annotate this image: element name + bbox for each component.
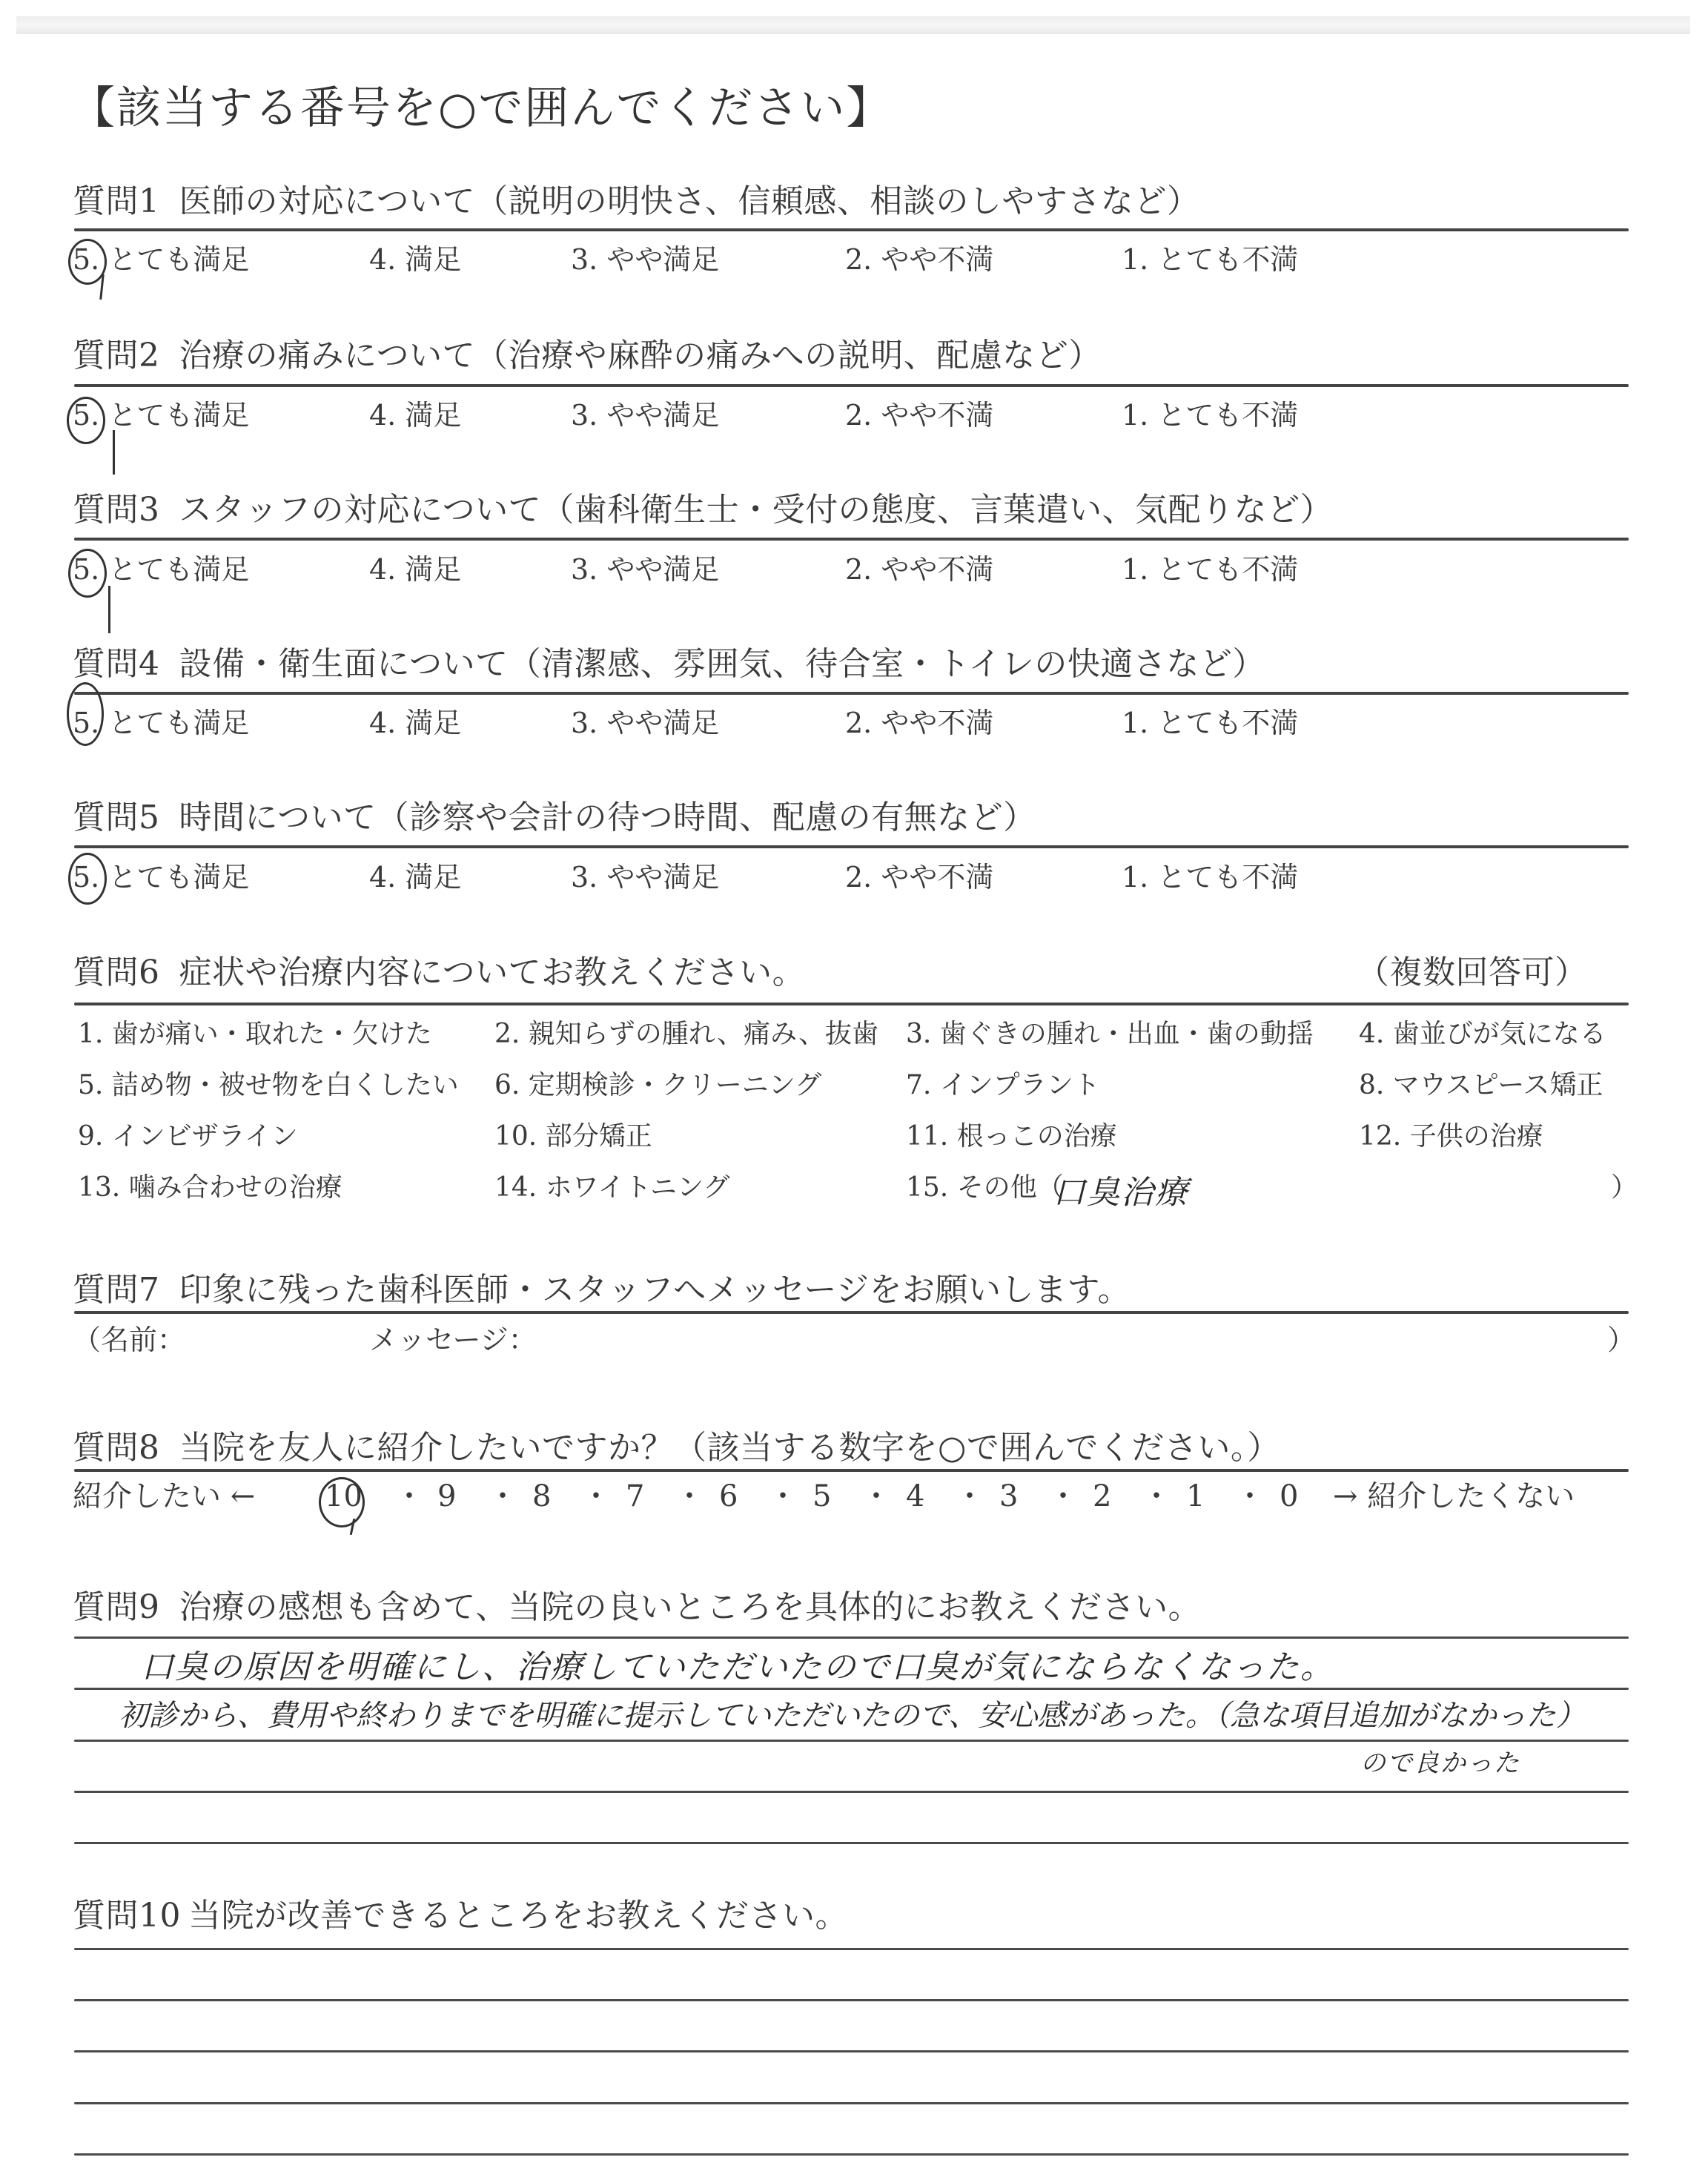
q9-line-3 xyxy=(74,1740,1629,1742)
q7-name-label: （名前： xyxy=(73,1321,185,1358)
question-2-text: 治療の痛みについて（治療や麻酔の痛みへの説明、配慮など） xyxy=(179,337,1102,374)
q1-option-5[interactable]: 5. とても満足 xyxy=(73,241,249,278)
q2-option-2[interactable]: 2. やや不満 xyxy=(845,397,993,434)
q2-circle-tail xyxy=(113,430,115,475)
question-10-title: 質問10当院が改善できるところをお教えください。 xyxy=(73,1895,848,1937)
question-2-title: 質問2治療の痛みについて（治療や麻酔の痛みへの説明、配慮など） xyxy=(73,335,1102,377)
q3-option-4[interactable]: 4. 満足 xyxy=(369,551,461,588)
q7-name-input[interactable] xyxy=(221,1321,369,1358)
question-6-title: 質問6症状や治療内容についてお教えください。 xyxy=(73,952,805,994)
q8-score-8[interactable]: 8 xyxy=(532,1477,551,1516)
q9-answer-line-3[interactable]: ので良かった xyxy=(1360,1743,1520,1779)
q8-score-1[interactable]: 1 xyxy=(1186,1477,1205,1516)
q8-separator: ・ xyxy=(581,1477,611,1516)
q8-score-3[interactable]: 3 xyxy=(999,1477,1018,1516)
q4-option-3[interactable]: 3. やや満足 xyxy=(571,704,719,742)
q6-option-15[interactable]: 15. その他（ xyxy=(906,1171,1064,1205)
question-7-text: 印象に残った歯科医師・スタッフへメッセージをお願いします。 xyxy=(179,1271,1131,1309)
q2-option-4[interactable]: 4. 満足 xyxy=(369,397,461,434)
question-4-rule xyxy=(74,692,1629,695)
question-8-text: 当院を友人に紹介したいですか？（該当する数字を○で囲んでください。） xyxy=(179,1429,1280,1467)
q9-line-2 xyxy=(74,1688,1629,1690)
question-4-text: 設備・衛生面について（清潔感、雰囲気、待合室・トイレの快適さなど） xyxy=(179,645,1265,683)
q2-option-5[interactable]: 5. とても満足 xyxy=(73,397,249,434)
question-5-rule xyxy=(74,845,1629,848)
q8-score-0[interactable]: 0 xyxy=(1280,1477,1298,1516)
q6-option-3[interactable]: 3. 歯ぐきの腫れ・出血・歯の動揺 xyxy=(906,1017,1314,1051)
question-3-rule xyxy=(74,538,1629,541)
q10-line-5 xyxy=(74,2153,1629,2156)
q8-separator: ・ xyxy=(394,1477,424,1516)
question-8-title: 質問8当院を友人に紹介したいですか？（該当する数字を○で囲んでください。） xyxy=(73,1427,1280,1469)
q9-answer-line-2[interactable]: 初診から、費用や終わりまでを明確に提示していただいたので、安心感があった。（急な… xyxy=(119,1692,1586,1734)
q1-circle-tail xyxy=(99,274,105,300)
q8-score-4[interactable]: 4 xyxy=(906,1477,924,1516)
q6-option-13[interactable]: 13. 噛み合わせの治療 xyxy=(78,1171,342,1205)
q5-option-2[interactable]: 2. やや不満 xyxy=(845,859,993,896)
q6-other-input[interactable]: 口臭治療 xyxy=(1053,1166,1189,1213)
q7-message-input[interactable] xyxy=(562,1321,1600,1358)
q6-option-11[interactable]: 11. 根っこの治療 xyxy=(906,1120,1117,1154)
q3-circle-tail xyxy=(108,586,110,633)
question-5-text: 時間について（診察や会計の待つ時間、配慮の有無など） xyxy=(179,799,1036,836)
q6-option-5[interactable]: 5. 詰め物・被せ物を白くしたい xyxy=(78,1069,459,1103)
question-9-number: 質問9 xyxy=(73,1588,160,1626)
q8-separator: ・ xyxy=(861,1477,891,1516)
question-1-title: 質問1医師の対応について（説明の明快さ、信頼感、相談のしやすさなど） xyxy=(73,181,1199,222)
q8-score-9[interactable]: 9 xyxy=(437,1477,456,1516)
question-8-number: 質問8 xyxy=(73,1429,160,1467)
q10-line-1 xyxy=(74,1948,1629,1950)
q1-option-3[interactable]: 3. やや満足 xyxy=(571,241,719,278)
question-4-number: 質問4 xyxy=(73,645,160,683)
q10-line-2 xyxy=(74,1999,1629,2001)
q8-score-2[interactable]: 2 xyxy=(1093,1477,1111,1516)
q8-score-10[interactable]: 10 xyxy=(325,1477,363,1516)
q8-separator: ・ xyxy=(675,1477,704,1516)
question-10-number: 質問10 xyxy=(73,1897,181,1935)
q6-option-14[interactable]: 14. ホワイトニング xyxy=(494,1171,729,1205)
q3-option-1[interactable]: 1. とても不満 xyxy=(1122,551,1298,588)
question-5-number: 質問5 xyxy=(73,799,160,836)
q9-line-4 xyxy=(74,1791,1629,1793)
question-1-rule xyxy=(74,228,1629,231)
question-9-text: 治療の感想も含めて、当院の良いところを具体的にお教えください。 xyxy=(179,1588,1202,1626)
question-4-title: 質問4設備・衛生面について（清潔感、雰囲気、待合室・トイレの快適さなど） xyxy=(73,644,1265,685)
q8-separator: ・ xyxy=(955,1477,984,1516)
question-3-title: 質問3スタッフの対応について（歯科衛生士・受付の態度、言葉遣い、気配りなど） xyxy=(73,489,1333,531)
q7-close-paren: ） xyxy=(1607,1321,1635,1358)
question-7-rule xyxy=(74,1311,1629,1314)
q1-option-4[interactable]: 4. 満足 xyxy=(369,241,461,278)
q8-score-5[interactable]: 5 xyxy=(812,1477,831,1516)
page-heading: 【該当する番号を○で囲んでください】 xyxy=(70,82,892,135)
q6-option-12[interactable]: 12. 子供の治療 xyxy=(1359,1120,1543,1154)
q6-option-8[interactable]: 8. マウスピース矯正 xyxy=(1359,1069,1603,1103)
q9-line-5 xyxy=(74,1842,1629,1844)
q10-line-3 xyxy=(74,2050,1629,2052)
q5-option-4[interactable]: 4. 満足 xyxy=(369,859,461,896)
q6-option-6[interactable]: 6. 定期検診・クリーニング xyxy=(494,1069,821,1103)
q8-separator: ・ xyxy=(1235,1477,1265,1516)
q6-option-1[interactable]: 1. 歯が痛い・取れた・欠けた xyxy=(78,1017,432,1051)
scan-top-edge xyxy=(16,16,1690,34)
question-6-rule xyxy=(74,1003,1629,1005)
question-3-text: スタッフの対応について（歯科衛生士・受付の態度、言葉遣い、気配りなど） xyxy=(179,491,1334,529)
q9-answer-line-1[interactable]: 口臭の原因を明確にし、治療していただいたので口臭が気にならなくなった。 xyxy=(141,1640,1334,1688)
q4-option-4[interactable]: 4. 満足 xyxy=(369,704,461,742)
q6-option-7[interactable]: 7. インプラント xyxy=(906,1069,1100,1103)
q8-score-6[interactable]: 6 xyxy=(719,1477,738,1516)
q6-other-close-paren: ） xyxy=(1611,1171,1638,1205)
q5-option-1[interactable]: 1. とても不満 xyxy=(1122,859,1298,896)
question-8-rule xyxy=(74,1469,1629,1472)
q4-option-1[interactable]: 1. とても不満 xyxy=(1122,704,1298,742)
q4-option-2[interactable]: 2. やや不満 xyxy=(845,704,993,742)
question-7-title: 質問7印象に残った歯科医師・スタッフへメッセージをお願いします。 xyxy=(73,1269,1131,1311)
q6-option-2[interactable]: 2. 親知らずの腫れ、痛み、抜歯 xyxy=(494,1017,878,1051)
q8-left-label: 紹介したい ← xyxy=(73,1477,255,1516)
q3-option-3[interactable]: 3. やや満足 xyxy=(571,551,719,588)
question-2-rule xyxy=(74,384,1629,387)
q5-option-5[interactable]: 5. とても満足 xyxy=(73,859,249,896)
q6-option-9[interactable]: 9. インビザライン xyxy=(78,1120,298,1154)
q8-right-label: → 紹介したくない xyxy=(1333,1477,1575,1516)
q1-option-2[interactable]: 2. やや不満 xyxy=(845,241,993,278)
q8-separator: ・ xyxy=(768,1477,798,1516)
question-7-number: 質問7 xyxy=(73,1271,160,1309)
question-1-number: 質問1 xyxy=(73,182,160,220)
q3-option-2[interactable]: 2. やや不満 xyxy=(845,551,993,588)
q8-separator: ・ xyxy=(1142,1477,1171,1516)
q5-option-3[interactable]: 3. やや満足 xyxy=(571,859,719,896)
question-2-number: 質問2 xyxy=(73,337,160,374)
q8-separator: ・ xyxy=(1048,1477,1078,1516)
question-10-text: 当院が改善できるところをお教えください。 xyxy=(188,1897,848,1935)
question-6-text: 症状や治療内容についてお教えください。 xyxy=(179,954,806,991)
q9-line-1 xyxy=(74,1636,1629,1639)
q8-separator: ・ xyxy=(488,1477,517,1516)
q1-option-1[interactable]: 1. とても不満 xyxy=(1122,241,1298,278)
q2-option-1[interactable]: 1. とても不満 xyxy=(1122,397,1298,434)
q8-score-7[interactable]: 7 xyxy=(626,1477,644,1516)
q7-message-label: メッセージ： xyxy=(369,1321,537,1358)
question-6-note: （複数回答可） xyxy=(1357,952,1588,994)
q4-option-5[interactable]: 5. とても満足 xyxy=(73,704,249,742)
q10-line-4 xyxy=(74,2102,1629,2104)
q8-circle-tail xyxy=(350,1519,356,1535)
question-1-text: 医師の対応について（説明の明快さ、信頼感、相談のしやすさなど） xyxy=(179,182,1200,220)
question-5-title: 質問5時間について（診察や会計の待つ時間、配慮の有無など） xyxy=(73,797,1036,839)
question-9-title: 質問9治療の感想も含めて、当院の良いところを具体的にお教えください。 xyxy=(73,1587,1201,1628)
q3-option-5[interactable]: 5. とても満足 xyxy=(73,551,249,588)
q6-option-4[interactable]: 4. 歯並びが気になる xyxy=(1359,1017,1606,1051)
q2-option-3[interactable]: 3. やや満足 xyxy=(571,397,719,434)
question-3-number: 質問3 xyxy=(73,491,160,529)
q6-option-10[interactable]: 10. 部分矯正 xyxy=(494,1120,652,1154)
question-6-number: 質問6 xyxy=(73,954,160,991)
